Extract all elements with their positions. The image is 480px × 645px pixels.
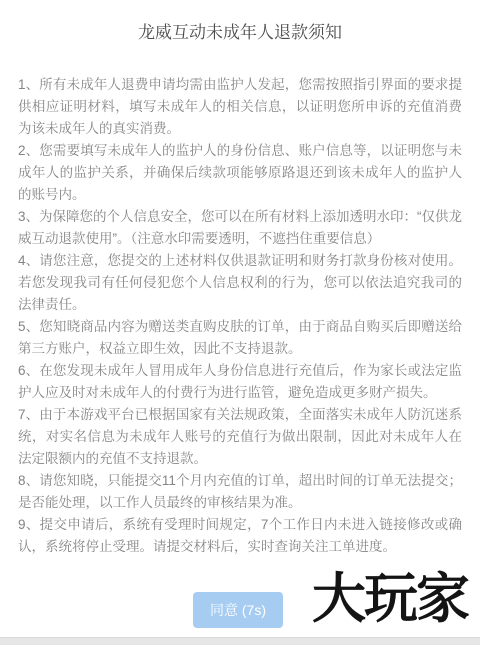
refund-notice-dialog: 龙威互动未成年人退款须知 1、所有未成年人退费申请均需由监护人发起，您需按照指引…: [0, 0, 480, 638]
notice-paragraph-2: 2、您需要填写未成年人的监护人的身份信息、账户信息等，以证明您与未成年人的监护关…: [18, 140, 462, 206]
dialog-title: 龙威互动未成年人退款须知: [0, 23, 480, 43]
notice-paragraph-4: 4、请您注意，您提交的上述材料仅供退款证明和财务打款身份核对使用。若您发现我司有…: [18, 250, 462, 316]
agree-button[interactable]: 同意 (7s): [193, 592, 283, 628]
notice-paragraph-7: 7、由于本游戏平台已根据国家有关法规政策，全面落实未成年人防沉迷系统，对实名信息…: [18, 404, 462, 470]
notice-paragraph-5: 5、您知晓商品内容为赠送类直购皮肤的订单，由于商品自购买后即赠送给第三方账户，权…: [18, 316, 462, 360]
refund-notice-page: { "dialog": { "title": "龙威互动未成年人退款须知", "…: [0, 0, 480, 645]
page-background-strip: [0, 638, 480, 645]
notice-paragraph-9: 9、提交申请后，系统有受理时间规定，7个工作日内未进入链接修改或确认，系统将停止…: [18, 514, 462, 558]
notice-paragraph-3: 3、为保障您的个人信息安全，您可以在所有材料上添加透明水印：“仅供龙威互动退款使…: [18, 206, 462, 250]
notice-paragraph-8: 8、请您知晓，只能提交11个月内充值的订单，超出时间的订单无法提交；是否能处理，…: [18, 470, 462, 514]
notice-content: 1、所有未成年人退费申请均需由监护人发起，您需按照指引界面的要求提供相应证明材料…: [18, 74, 462, 558]
notice-paragraph-1: 1、所有未成年人退费申请均需由监护人发起，您需按照指引界面的要求提供相应证明材料…: [18, 74, 462, 140]
notice-paragraph-6: 6、在您发现未成年人冒用成年人身份信息进行充值后，作为家长或法定监护人应及时对未…: [18, 360, 462, 404]
da-wan-jia-watermark: 大玩家: [312, 570, 468, 628]
